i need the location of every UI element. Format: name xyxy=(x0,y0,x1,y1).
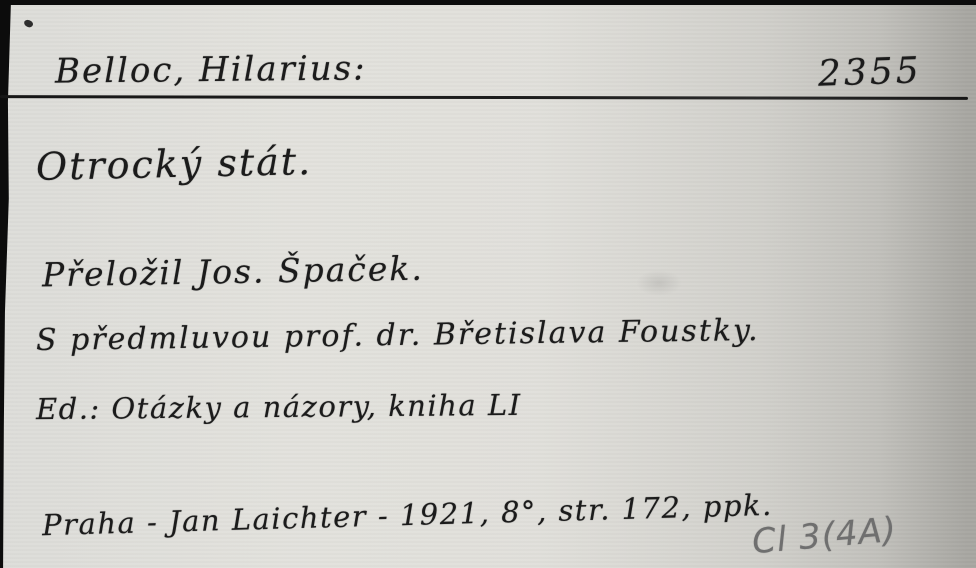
edition-series-line: Ed.: Otázky a názory, kniha LI xyxy=(36,388,522,426)
translator-line: Přeložil Jos. Špaček. xyxy=(42,249,424,295)
card-number: 2355 xyxy=(817,50,922,95)
catalog-card-scan: Belloc, Hilarius: 2355 Otrocký stát. Pře… xyxy=(0,0,976,568)
ink-speck xyxy=(23,18,34,29)
paper-smudge xyxy=(636,270,682,296)
scan-edge-left xyxy=(0,0,11,568)
preface-line: S předmluvou prof. dr. Břetislava Foustk… xyxy=(36,313,760,358)
imprint-line: Praha - Jan Laichter - 1921, 8°, str. 17… xyxy=(42,488,773,542)
heading-rule xyxy=(0,95,968,100)
scan-edge-top xyxy=(0,0,976,5)
book-title: Otrocký stát. xyxy=(36,139,313,189)
author-heading: Belloc, Hilarius: xyxy=(55,48,367,91)
